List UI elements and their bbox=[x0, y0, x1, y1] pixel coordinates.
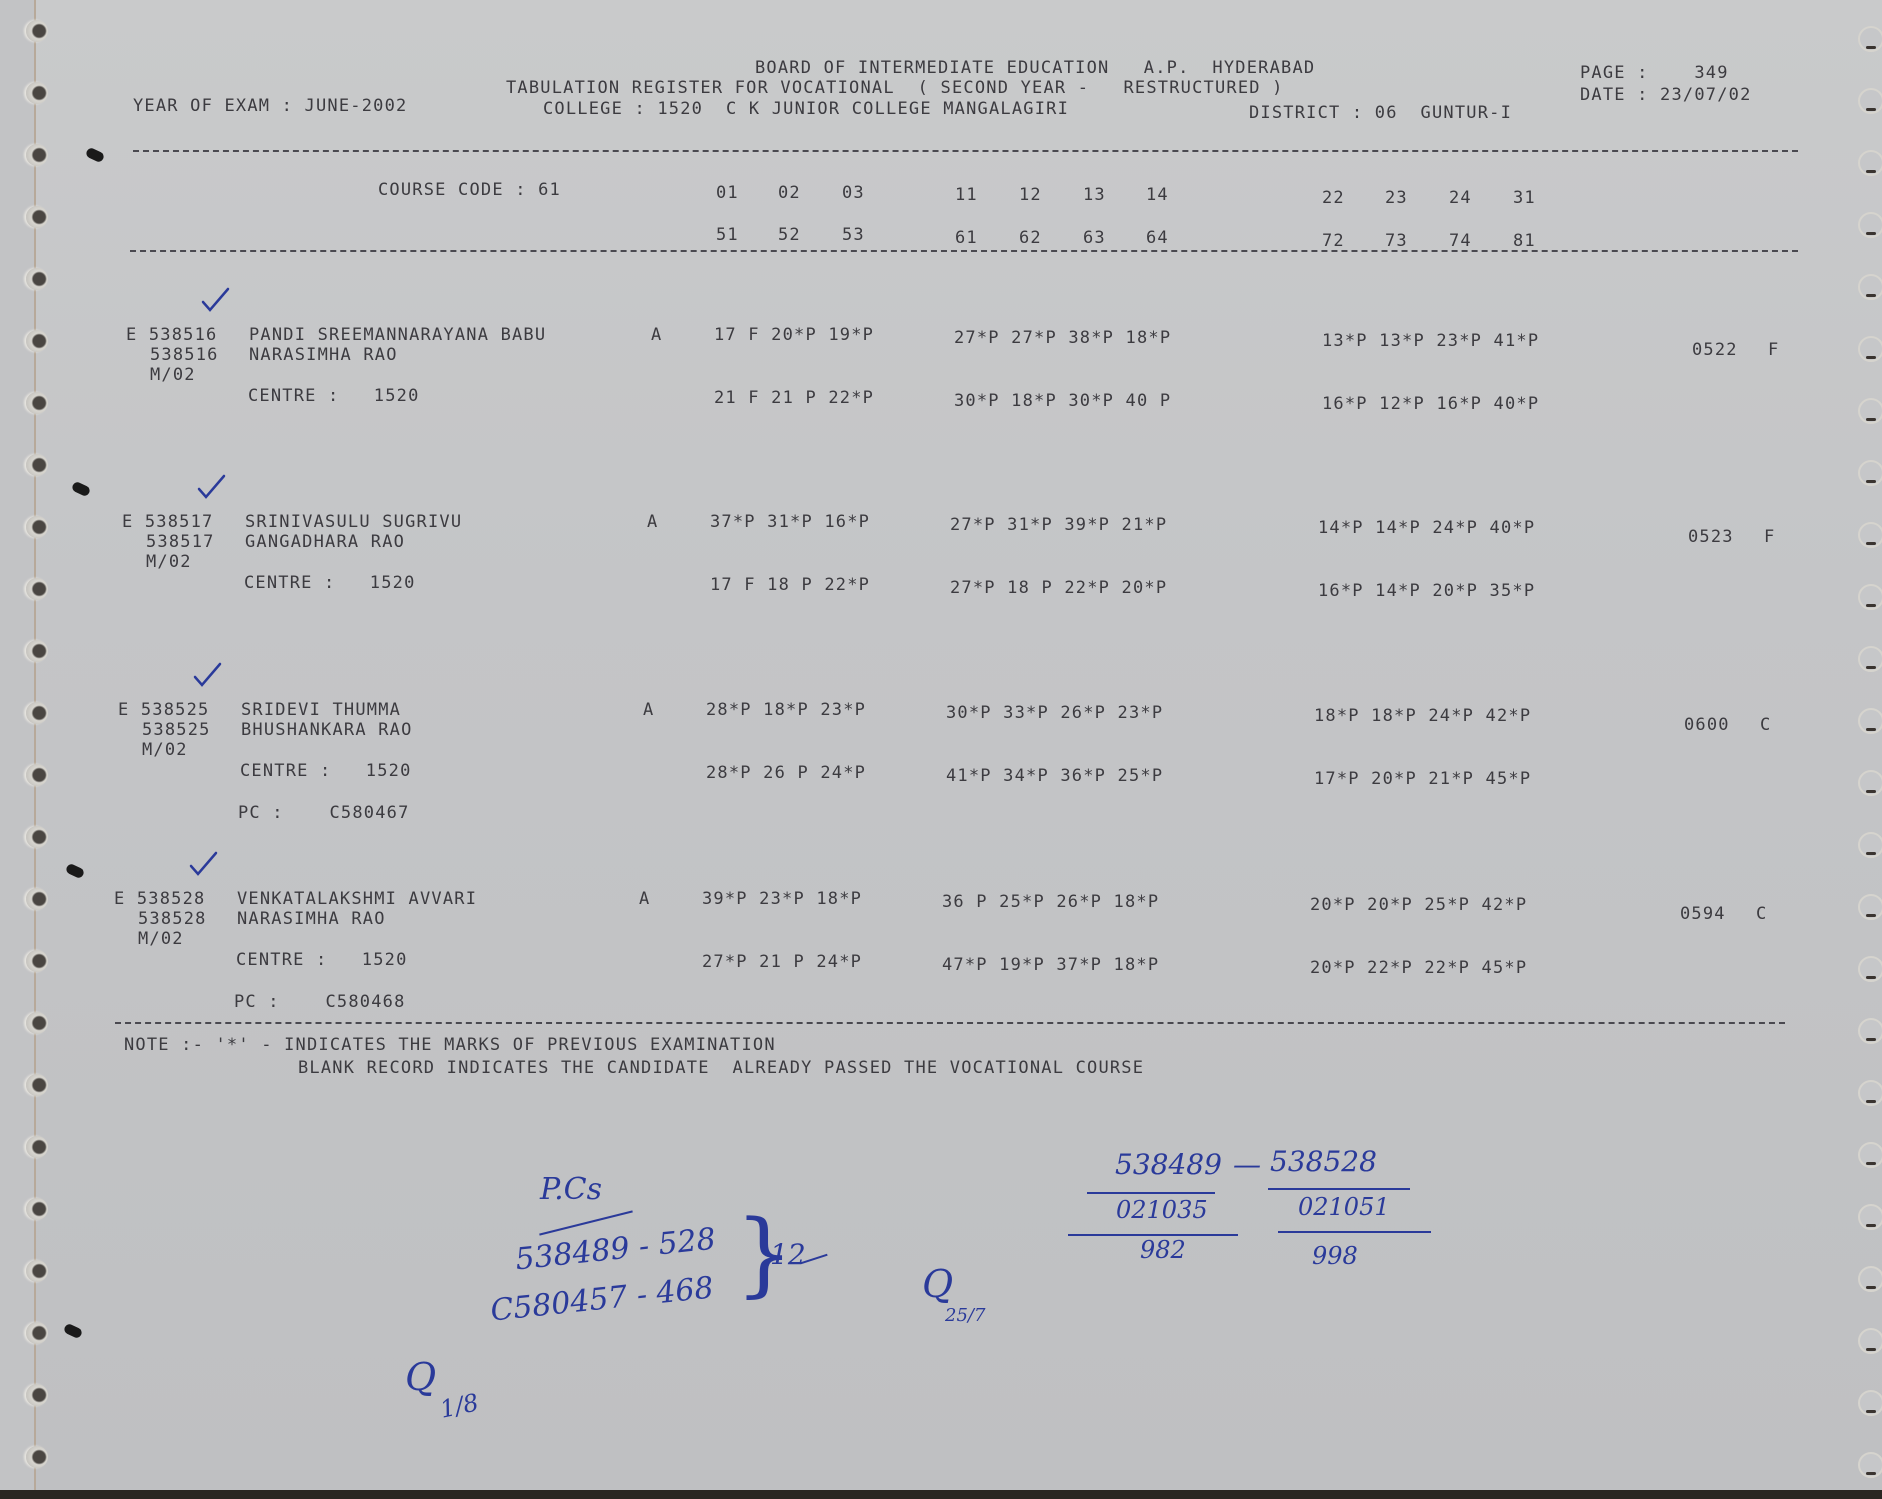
perforation-hole bbox=[26, 1384, 48, 1406]
perforation-hole bbox=[1858, 88, 1882, 114]
perforation-hole bbox=[26, 1198, 48, 1220]
perforation-hole bbox=[1858, 894, 1882, 920]
page-number: PAGE : 349 bbox=[1580, 63, 1729, 83]
binder-ink-mark bbox=[85, 147, 106, 164]
marks-part1-group3: 14*P 14*P 24*P 40*P bbox=[1318, 518, 1535, 538]
perforation-hole bbox=[1858, 150, 1882, 176]
candidate-name: SRIDEVI THUMMA bbox=[241, 700, 401, 720]
marks-part2-group3: 16*P 14*P 20*P 35*P bbox=[1318, 581, 1535, 601]
marks-part2-group3: 17*P 20*P 21*P 45*P bbox=[1314, 769, 1531, 789]
perforation-hole bbox=[26, 454, 48, 476]
perforation-hole bbox=[1858, 274, 1882, 300]
calc-line-4 bbox=[1278, 1231, 1431, 1233]
subject-column-code: 51 bbox=[716, 225, 739, 245]
result-grade: C bbox=[1756, 904, 1767, 924]
subject-column-code: 23 bbox=[1385, 188, 1408, 208]
perforation-hole bbox=[26, 888, 48, 910]
group-code: A bbox=[643, 700, 654, 720]
marks-part1-group1: 28*P 18*P 23*P bbox=[706, 700, 866, 720]
marks-part2-group3: 16*P 12*P 16*P 40*P bbox=[1322, 394, 1539, 414]
calc-left-mid: 021035 bbox=[1116, 1196, 1208, 1224]
marks-part1-group2: 27*P 27*P 38*P 18*P bbox=[954, 328, 1171, 348]
column-divider bbox=[130, 250, 1798, 252]
perforation-hole bbox=[1858, 1080, 1882, 1106]
hall-ticket-number: 538525 bbox=[142, 720, 211, 740]
marks-part2-group2: 30*P 18*P 30*P 40 P bbox=[954, 391, 1171, 411]
header-divider bbox=[133, 150, 1798, 152]
marks-part2-group1: 21 F 21 P 22*P bbox=[714, 388, 874, 408]
perforation-hole bbox=[1858, 1328, 1882, 1354]
calc-right-bottom: 998 bbox=[1312, 1242, 1358, 1270]
register-title: TABULATION REGISTER FOR VOCATIONAL ( SEC… bbox=[506, 78, 1284, 98]
perforation-hole bbox=[1858, 1204, 1882, 1230]
perforation-hole bbox=[26, 578, 48, 600]
subject-column-code: 13 bbox=[1083, 185, 1106, 205]
perforation-hole bbox=[26, 764, 48, 786]
perforation-hole bbox=[1858, 26, 1882, 52]
marks-part1-group3: 13*P 13*P 23*P 41*P bbox=[1322, 331, 1539, 351]
marks-part1-group3: 20*P 20*P 25*P 42*P bbox=[1310, 895, 1527, 915]
subject-column-code: 62 bbox=[1019, 228, 1042, 248]
perforation-hole bbox=[26, 330, 48, 352]
father-name: NARASIMHA RAO bbox=[237, 909, 386, 929]
perforation-hole bbox=[1858, 398, 1882, 424]
calc-right-top: 538528 bbox=[1270, 1145, 1377, 1178]
subject-column-code: 81 bbox=[1513, 231, 1536, 251]
pc-number: PC : C580468 bbox=[234, 992, 406, 1012]
calc-left-bottom: 982 bbox=[1140, 1236, 1186, 1264]
perforation-hole bbox=[1858, 1018, 1882, 1044]
handwritten-date-2: 1/8 bbox=[438, 1388, 482, 1423]
handwritten-range-pcs: C580457 - 468 bbox=[489, 1270, 715, 1328]
marks-part2-group3: 20*P 22*P 22*P 45*P bbox=[1310, 958, 1527, 978]
note-line-1: NOTE :- '*' - INDICATES THE MARKS OF PRE… bbox=[124, 1035, 776, 1055]
subject-column-code: 24 bbox=[1449, 188, 1472, 208]
group-code: A bbox=[639, 889, 650, 909]
board-title: BOARD OF INTERMEDIATE EDUCATION A.P. HYD… bbox=[755, 58, 1315, 78]
centre-code: CENTRE : 1520 bbox=[248, 386, 420, 406]
handwritten-pcs-label: P.Cs bbox=[540, 1172, 602, 1207]
pc-number: PC : C580467 bbox=[238, 803, 410, 823]
hall-ticket-number: 538517 bbox=[146, 532, 215, 552]
perforation-hole bbox=[1858, 212, 1882, 238]
subject-column-code: 03 bbox=[842, 183, 865, 203]
centre-code: CENTRE : 1520 bbox=[240, 761, 412, 781]
perforation-hole bbox=[26, 640, 48, 662]
total-marks: 0522 bbox=[1692, 340, 1738, 360]
binder-ink-mark bbox=[71, 481, 92, 498]
subject-column-code: 11 bbox=[955, 185, 978, 205]
candidate-name: VENKATALAKSHMI AVVARI bbox=[237, 889, 477, 909]
centre-code: CENTRE : 1520 bbox=[244, 573, 416, 593]
total-marks: 0523 bbox=[1688, 527, 1734, 547]
perforation-hole bbox=[26, 1012, 48, 1034]
registration-number: E 538528 bbox=[114, 889, 205, 909]
perforation-hole bbox=[26, 20, 48, 42]
result-grade: F bbox=[1764, 527, 1775, 547]
perforation-hole bbox=[1858, 646, 1882, 672]
subject-column-code: 74 bbox=[1449, 231, 1472, 251]
perforation-hole bbox=[26, 826, 48, 848]
marks-part2-group2: 47*P 19*P 37*P 18*P bbox=[942, 955, 1159, 975]
medium-code: M/02 bbox=[142, 740, 188, 760]
perforation-hole bbox=[26, 206, 48, 228]
handwritten-initial-signature-2: Q bbox=[405, 1355, 436, 1399]
perforation-hole bbox=[26, 516, 48, 538]
perforation-hole bbox=[26, 268, 48, 290]
father-name: NARASIMHA RAO bbox=[249, 345, 398, 365]
checkmark-icon bbox=[200, 285, 230, 315]
subject-column-code: 64 bbox=[1146, 228, 1169, 248]
perforation-hole bbox=[1858, 1266, 1882, 1292]
tabulation-register-sheet: BOARD OF INTERMEDIATE EDUCATION A.P. HYD… bbox=[0, 0, 1882, 1490]
course-code: COURSE CODE : 61 bbox=[378, 180, 561, 200]
perforation-hole bbox=[1858, 708, 1882, 734]
total-marks: 0594 bbox=[1680, 904, 1726, 924]
perforation-hole bbox=[1858, 1142, 1882, 1168]
marks-part1-group2: 30*P 33*P 26*P 23*P bbox=[946, 703, 1163, 723]
perforation-hole bbox=[1858, 770, 1882, 796]
district-info: DISTRICT : 06 GUNTUR-I bbox=[1249, 103, 1512, 123]
calc-left-top: 538489 bbox=[1115, 1148, 1222, 1181]
subject-column-code: 72 bbox=[1322, 231, 1345, 251]
perforation-hole bbox=[26, 144, 48, 166]
hall-ticket-number: 538528 bbox=[138, 909, 207, 929]
registration-number: E 538525 bbox=[118, 700, 209, 720]
perforation-hole bbox=[1858, 956, 1882, 982]
perforation-hole bbox=[26, 1074, 48, 1096]
marks-part1-group1: 17 F 20*P 19*P bbox=[714, 325, 874, 345]
subject-column-code: 12 bbox=[1019, 185, 1042, 205]
candidate-name: SRINIVASULU SUGRIVU bbox=[245, 512, 462, 532]
perforation-hole bbox=[26, 1446, 48, 1468]
subject-column-code: 02 bbox=[778, 183, 801, 203]
perforation-hole bbox=[1858, 1452, 1882, 1478]
calc-dash: — bbox=[1233, 1148, 1261, 1181]
checkmark-icon bbox=[192, 660, 222, 690]
group-code: A bbox=[651, 325, 662, 345]
perforation-hole bbox=[26, 950, 48, 972]
marks-part1-group2: 36 P 25*P 26*P 18*P bbox=[942, 892, 1159, 912]
marks-part2-group2: 41*P 34*P 36*P 25*P bbox=[946, 766, 1163, 786]
perforation-hole bbox=[26, 1322, 48, 1344]
subject-column-code: 31 bbox=[1513, 188, 1536, 208]
perforation-hole bbox=[26, 82, 48, 104]
marks-part2-group2: 27*P 18 P 22*P 20*P bbox=[950, 578, 1167, 598]
father-name: BHUSHANKARA RAO bbox=[241, 720, 413, 740]
marks-part1-group1: 37*P 31*P 16*P bbox=[710, 512, 870, 532]
perforation-hole bbox=[1858, 460, 1882, 486]
marks-part1-group3: 18*P 18*P 24*P 42*P bbox=[1314, 706, 1531, 726]
father-name: GANGADHARA RAO bbox=[245, 532, 405, 552]
handwritten-date-1: 25/7 bbox=[945, 1305, 985, 1326]
college-info: COLLEGE : 1520 C K JUNIOR COLLEGE MANGAL… bbox=[543, 99, 1069, 119]
handwritten-range-hall-tickets: 538489 - 528 bbox=[514, 1222, 718, 1278]
perforation-hole bbox=[1858, 522, 1882, 548]
calc-right-mid: 021051 bbox=[1298, 1193, 1390, 1221]
medium-code: M/02 bbox=[146, 552, 192, 572]
registration-number: E 538516 bbox=[126, 325, 217, 345]
medium-code: M/02 bbox=[150, 365, 196, 385]
calc-line-2 bbox=[1268, 1188, 1410, 1190]
total-marks: 0600 bbox=[1684, 715, 1730, 735]
subject-column-code: 73 bbox=[1385, 231, 1408, 251]
subject-column-code: 52 bbox=[778, 225, 801, 245]
result-grade: C bbox=[1760, 715, 1771, 735]
result-grade: F bbox=[1768, 340, 1779, 360]
registration-number: E 538517 bbox=[122, 512, 213, 532]
perforation-hole bbox=[1858, 336, 1882, 362]
subject-column-code: 01 bbox=[716, 183, 739, 203]
candidate-name: PANDI SREEMANNARAYANA BABU bbox=[249, 325, 546, 345]
subject-column-code: 53 bbox=[842, 225, 865, 245]
hall-ticket-number: 538516 bbox=[150, 345, 219, 365]
footer-divider bbox=[115, 1022, 1785, 1024]
marks-part2-group1: 28*P 26 P 24*P bbox=[706, 763, 866, 783]
binder-ink-mark bbox=[63, 1323, 84, 1340]
binder-ink-mark bbox=[65, 863, 86, 880]
centre-code: CENTRE : 1520 bbox=[236, 950, 408, 970]
perforation-hole bbox=[1858, 832, 1882, 858]
marks-part2-group1: 17 F 18 P 22*P bbox=[710, 575, 870, 595]
calc-line-1 bbox=[1087, 1192, 1215, 1194]
checkmark-icon bbox=[196, 472, 226, 502]
subject-column-code: 22 bbox=[1322, 188, 1345, 208]
medium-code: M/02 bbox=[138, 929, 184, 949]
marks-part2-group1: 27*P 21 P 24*P bbox=[702, 952, 862, 972]
note-line-2: BLANK RECORD INDICATES THE CANDIDATE ALR… bbox=[298, 1058, 1144, 1078]
perforation-hole bbox=[26, 702, 48, 724]
group-code: A bbox=[647, 512, 658, 532]
perforation-hole bbox=[26, 1260, 48, 1282]
perforation-hole bbox=[1858, 1390, 1882, 1416]
marks-part1-group1: 39*P 23*P 18*P bbox=[702, 889, 862, 909]
year-of-exam: YEAR OF EXAM : JUNE-2002 bbox=[133, 96, 407, 116]
perforation-hole bbox=[26, 392, 48, 414]
subject-column-code: 61 bbox=[955, 228, 978, 248]
subject-column-code: 14 bbox=[1146, 185, 1169, 205]
handwritten-initial-signature-1: Q bbox=[922, 1262, 953, 1306]
checkmark-icon bbox=[188, 849, 218, 879]
marks-part1-group2: 27*P 31*P 39*P 21*P bbox=[950, 515, 1167, 535]
subject-column-code: 63 bbox=[1083, 228, 1106, 248]
handwritten-count: 12 bbox=[770, 1238, 806, 1271]
perforation-hole bbox=[26, 1136, 48, 1158]
print-date: DATE : 23/07/02 bbox=[1580, 85, 1752, 105]
perforation-hole bbox=[1858, 584, 1882, 610]
